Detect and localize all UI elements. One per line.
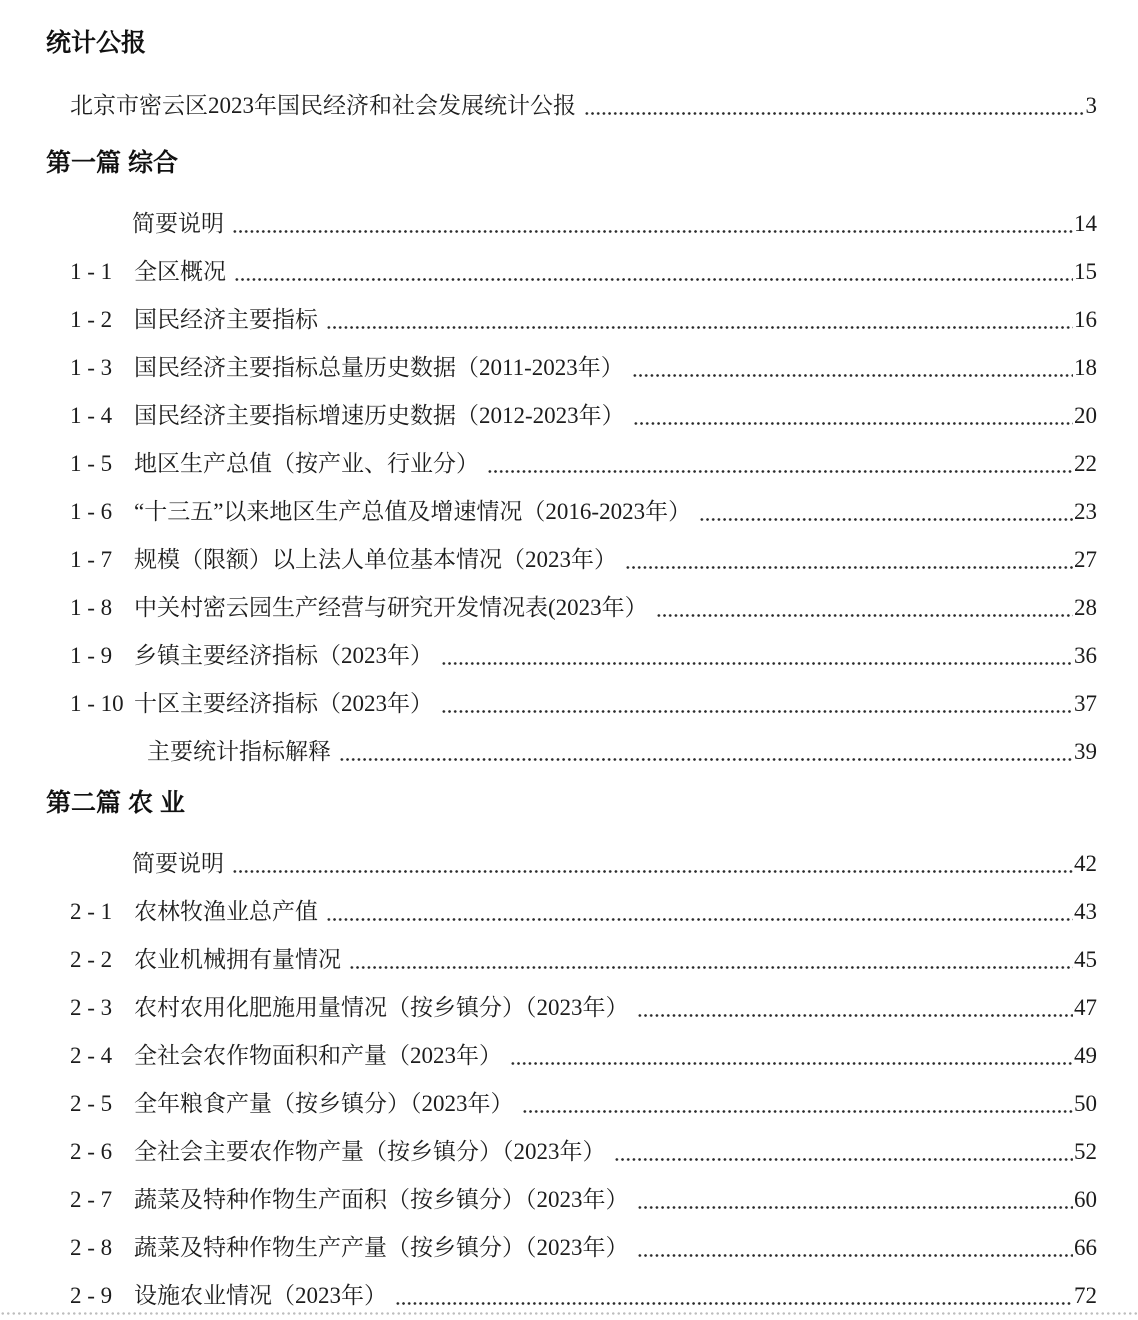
toc-entry[interactable]: 1 - 6 “十三五”以来地区生产总值及增速情况（2016-2023年） 23 xyxy=(0,496,1097,526)
toc-entry[interactable]: 2 - 4 全社会农作物面积和产量（2023年） 49 xyxy=(0,1040,1097,1070)
entry-title[interactable]: 地区生产总值（按产业、行业分） xyxy=(134,450,479,478)
entry-number: 1 - 8 xyxy=(70,594,134,622)
entry-page-number[interactable]: 27 xyxy=(1074,546,1097,574)
dot-leader xyxy=(656,614,1073,617)
dot-leader xyxy=(232,230,1073,233)
entry-page-number[interactable]: 60 xyxy=(1074,1186,1097,1214)
section-heading: 第二篇 农 业 xyxy=(0,788,1097,818)
toc-entry[interactable]: 主要统计指标解释 39 xyxy=(0,736,1097,766)
toc-entry[interactable]: 2 - 8 蔬菜及特种作物生产产量（按乡镇分）（2023年） 66 xyxy=(0,1232,1097,1262)
toc-section: 第一篇 综合 简要说明 14 1 - 1 全区概况 15 1 - 2 国民经济主… xyxy=(0,148,1097,766)
entry-page-number[interactable]: 42 xyxy=(1074,850,1097,878)
entry-title[interactable]: 十区主要经济指标（2023年） xyxy=(134,690,433,718)
toc-entry[interactable]: 2 - 9 设施农业情况（2023年） 72 xyxy=(0,1280,1097,1310)
entry-number: 2 - 9 xyxy=(70,1282,134,1310)
entry-number: 1 - 9 xyxy=(70,642,134,670)
toc-entry[interactable]: 2 - 5 全年粮食产量（按乡镇分）（2023年） 50 xyxy=(0,1088,1097,1118)
entry-number: 2 - 5 xyxy=(70,1090,134,1118)
dot-leader xyxy=(522,1110,1074,1113)
entry-page-number[interactable]: 28 xyxy=(1074,594,1097,622)
dot-leader xyxy=(232,870,1073,873)
entry-title[interactable]: 农林牧渔业总产值 xyxy=(134,898,318,926)
toc-section: 统计公报 北京市密云区2023年国民经济和社会发展统计公报 3 xyxy=(0,28,1097,120)
entry-title[interactable]: 农村农用化肥施用量情况（按乡镇分）（2023年） xyxy=(134,994,629,1022)
entry-title[interactable]: 蔬菜及特种作物生产产量（按乡镇分）（2023年） xyxy=(134,1234,629,1262)
dot-leader xyxy=(395,1302,1073,1305)
entry-page-number[interactable]: 45 xyxy=(1074,946,1097,974)
dot-leader xyxy=(487,470,1073,473)
entry-number: 1 - 10 xyxy=(70,690,134,718)
entry-page-number[interactable]: 37 xyxy=(1074,690,1097,718)
entry-title[interactable]: 规模（限额）以上法人单位基本情况（2023年） xyxy=(134,546,617,574)
entry-title[interactable]: 简要说明 xyxy=(132,210,224,238)
entry-page-number[interactable]: 3 xyxy=(1086,92,1098,120)
entry-number: 2 - 3 xyxy=(70,994,134,1022)
entry-page-number[interactable]: 14 xyxy=(1074,210,1097,238)
entry-title[interactable]: 农业机械拥有量情况 xyxy=(134,946,341,974)
toc-entry[interactable]: 1 - 10 十区主要经济指标（2023年） 37 xyxy=(0,688,1097,718)
dot-leader xyxy=(510,1062,1073,1065)
dot-leader xyxy=(441,662,1073,665)
entry-number: 2 - 7 xyxy=(70,1186,134,1214)
dot-leader xyxy=(637,1254,1074,1257)
entry-number: 2 - 6 xyxy=(70,1138,134,1166)
entry-number: 1 - 7 xyxy=(70,546,134,574)
dot-leader xyxy=(326,326,1073,329)
section-heading: 统计公报 xyxy=(0,28,1097,58)
entry-page-number[interactable]: 18 xyxy=(1074,354,1097,382)
toc-entry[interactable]: 1 - 9 乡镇主要经济指标（2023年） 36 xyxy=(0,640,1097,670)
entry-page-number[interactable]: 36 xyxy=(1074,642,1097,670)
entry-page-number[interactable]: 50 xyxy=(1074,1090,1097,1118)
entry-title[interactable]: 全年粮食产量（按乡镇分）（2023年） xyxy=(134,1090,514,1118)
dot-leader xyxy=(584,112,1085,115)
entry-title[interactable]: 全社会主要农作物产量（按乡镇分）（2023年） xyxy=(134,1138,606,1166)
entry-page-number[interactable]: 66 xyxy=(1074,1234,1097,1262)
entry-number: 1 - 2 xyxy=(70,306,134,334)
toc-entry[interactable]: 1 - 3 国民经济主要指标总量历史数据（2011-2023年） 18 xyxy=(0,352,1097,382)
toc-entry[interactable]: 2 - 2 农业机械拥有量情况 45 xyxy=(0,944,1097,974)
table-of-contents: 统计公报 北京市密云区2023年国民经济和社会发展统计公报 3 第一篇 综合 简… xyxy=(0,28,1097,1310)
dot-leader xyxy=(614,1158,1074,1161)
entry-page-number[interactable]: 52 xyxy=(1074,1138,1097,1166)
entry-page-number[interactable]: 15 xyxy=(1074,258,1097,286)
entry-title[interactable]: 国民经济主要指标总量历史数据（2011-2023年） xyxy=(134,354,624,382)
toc-entry[interactable]: 2 - 3 农村农用化肥施用量情况（按乡镇分）（2023年） 47 xyxy=(0,992,1097,1022)
toc-entry[interactable]: 1 - 5 地区生产总值（按产业、行业分） 22 xyxy=(0,448,1097,478)
dot-leader xyxy=(234,278,1073,281)
toc-entry[interactable]: 1 - 2 国民经济主要指标 16 xyxy=(0,304,1097,334)
bottom-dotted-rule xyxy=(0,1312,1138,1315)
toc-section: 第二篇 农 业 简要说明 42 2 - 1 农林牧渔业总产值 43 2 - 2 … xyxy=(0,788,1097,1310)
entry-number: 1 - 4 xyxy=(70,402,134,430)
dot-leader xyxy=(637,1206,1074,1209)
entry-title[interactable]: 简要说明 xyxy=(132,850,224,878)
entry-title[interactable]: 全区概况 xyxy=(134,258,226,286)
entry-title[interactable]: 蔬菜及特种作物生产面积（按乡镇分）（2023年） xyxy=(134,1186,629,1214)
entry-number: 2 - 1 xyxy=(70,898,134,926)
entry-number: 2 - 2 xyxy=(70,946,134,974)
entry-title[interactable]: 中关村密云园生产经营与研究开发情况表(2023年） xyxy=(134,594,648,622)
entry-page-number[interactable]: 20 xyxy=(1074,402,1097,430)
toc-entry[interactable]: 北京市密云区2023年国民经济和社会发展统计公报 3 xyxy=(0,90,1097,120)
dot-leader xyxy=(339,758,1073,761)
section-entries: 简要说明 42 2 - 1 农林牧渔业总产值 43 2 - 2 农业机械拥有量情… xyxy=(0,848,1097,1310)
entry-title[interactable]: 北京市密云区2023年国民经济和社会发展统计公报 xyxy=(70,92,576,120)
entry-title[interactable]: 设施农业情况（2023年） xyxy=(134,1282,387,1310)
toc-entry[interactable]: 1 - 4 国民经济主要指标增速历史数据（2012-2023年） 20 xyxy=(0,400,1097,430)
entry-title[interactable]: 乡镇主要经济指标（2023年） xyxy=(134,642,433,670)
dot-leader xyxy=(441,710,1073,713)
entry-page-number[interactable]: 47 xyxy=(1074,994,1097,1022)
entry-number: 2 - 4 xyxy=(70,1042,134,1070)
dot-leader xyxy=(349,966,1073,969)
dot-leader xyxy=(625,566,1073,569)
toc-page: 统计公报 北京市密云区2023年国民经济和社会发展统计公报 3 第一篇 综合 简… xyxy=(0,0,1138,1320)
entry-number: 2 - 8 xyxy=(70,1234,134,1262)
entry-page-number[interactable]: 39 xyxy=(1074,738,1097,766)
toc-entry[interactable]: 2 - 6 全社会主要农作物产量（按乡镇分）（2023年） 52 xyxy=(0,1136,1097,1166)
toc-entry[interactable]: 1 - 7 规模（限额）以上法人单位基本情况（2023年） 27 xyxy=(0,544,1097,574)
entry-number: 1 - 1 xyxy=(70,258,134,286)
dot-leader xyxy=(326,918,1073,921)
dot-leader xyxy=(632,374,1073,377)
toc-entry[interactable]: 简要说明 42 xyxy=(0,848,1097,878)
dot-leader xyxy=(633,422,1073,425)
toc-entry[interactable]: 简要说明 14 xyxy=(0,208,1097,238)
entry-page-number[interactable]: 43 xyxy=(1074,898,1097,926)
section-entries: 北京市密云区2023年国民经济和社会发展统计公报 3 xyxy=(0,90,1097,120)
section-entries: 简要说明 14 1 - 1 全区概况 15 1 - 2 国民经济主要指标 16 … xyxy=(0,208,1097,766)
section-heading: 第一篇 综合 xyxy=(0,148,1097,178)
entry-page-number[interactable]: 72 xyxy=(1074,1282,1097,1310)
entry-title[interactable]: 国民经济主要指标 xyxy=(134,306,318,334)
dot-leader xyxy=(637,1014,1074,1017)
entry-page-number[interactable]: 23 xyxy=(1074,498,1097,526)
entry-number: 1 - 5 xyxy=(70,450,134,478)
toc-entry[interactable]: 1 - 8 中关村密云园生产经营与研究开发情况表(2023年） 28 xyxy=(0,592,1097,622)
entry-title[interactable]: “十三五”以来地区生产总值及增速情况（2016-2023年） xyxy=(134,498,691,526)
entry-number: 1 - 6 xyxy=(70,498,134,526)
entry-page-number[interactable]: 16 xyxy=(1074,306,1097,334)
dot-leader xyxy=(699,518,1073,521)
entry-title[interactable]: 主要统计指标解释 xyxy=(147,738,331,766)
toc-entry[interactable]: 1 - 1 全区概况 15 xyxy=(0,256,1097,286)
entry-number: 1 - 3 xyxy=(70,354,134,382)
toc-entry[interactable]: 2 - 7 蔬菜及特种作物生产面积（按乡镇分）（2023年） 60 xyxy=(0,1184,1097,1214)
entry-page-number[interactable]: 49 xyxy=(1074,1042,1097,1070)
toc-entry[interactable]: 2 - 1 农林牧渔业总产值 43 xyxy=(0,896,1097,926)
entry-title[interactable]: 全社会农作物面积和产量（2023年） xyxy=(134,1042,502,1070)
entry-page-number[interactable]: 22 xyxy=(1074,450,1097,478)
entry-title[interactable]: 国民经济主要指标增速历史数据（2012-2023年） xyxy=(134,402,625,430)
